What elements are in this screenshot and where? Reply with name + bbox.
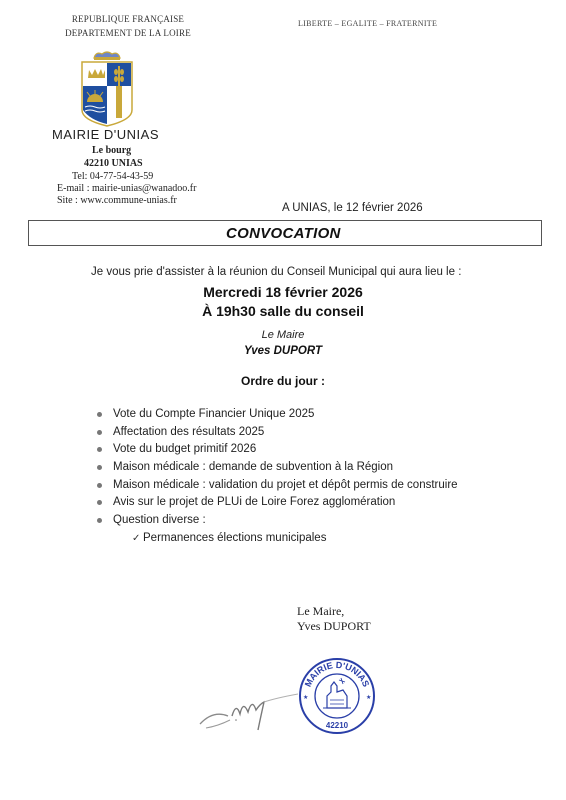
agenda-item: Vote du budget primitif 2026: [96, 441, 458, 459]
official-stamp-icon: MAIRIE D'UNIAS 42210 ★ ★: [297, 656, 377, 736]
agenda-subitem: ✓Permanences élections municipales: [96, 530, 458, 548]
checkmark-icon: ✓: [132, 530, 140, 548]
stamp-bottom-text: 42210: [326, 721, 349, 730]
coat-of-arms-icon: [80, 50, 134, 128]
bullet-icon: [97, 518, 102, 523]
agenda-item: Maison médicale : validation du projet e…: [96, 477, 458, 495]
header-departement: DEPARTEMENT DE LA LOIRE: [28, 28, 228, 38]
address-tel: Tel: 04-77-54-43-59: [72, 171, 153, 182]
agenda-item: Affectation des résultats 2025: [96, 424, 458, 442]
mairie-name: MAIRIE D'UNIAS: [52, 127, 159, 142]
closing-name: Yves DUPORT: [297, 619, 371, 634]
agenda-item: Maison médicale : demande de subvention …: [96, 459, 458, 477]
meeting-date: Mercredi 18 février 2026: [0, 284, 566, 300]
svg-text:★: ★: [366, 694, 371, 701]
agenda-item: Avis sur le projet de PLUi de Loire Fore…: [96, 494, 458, 512]
agenda-item: Question diverse :: [96, 512, 458, 530]
address-email[interactable]: E-mail : mairie-unias@wanadoo.fr: [57, 183, 196, 194]
agenda-list: Vote du Compte Financier Unique 2025 Aff…: [96, 406, 458, 548]
meeting-time-place: À 19h30 salle du conseil: [0, 303, 566, 319]
address-site[interactable]: Site : www.commune-unias.fr: [57, 195, 177, 206]
address-line2: 42210 UNIAS: [84, 158, 143, 169]
bullet-icon: [97, 500, 102, 505]
svg-text:★: ★: [303, 694, 308, 701]
letter-dateline: A UNIAS, le 12 février 2026: [282, 202, 423, 214]
bullet-icon: [97, 447, 102, 452]
header-republique: REPUBLIQUE FRANÇAISE: [28, 14, 228, 24]
closing-title: Le Maire,: [297, 604, 344, 619]
signer-title: Le Maire: [0, 329, 566, 341]
letter-intro: Je vous prie d'assister à la réunion du …: [91, 266, 461, 278]
agenda-title: Ordre du jour :: [0, 374, 566, 388]
bullet-icon: [97, 412, 102, 417]
bullet-icon: [97, 483, 102, 488]
bullet-icon: [97, 430, 102, 435]
header-motto: LIBERTE – EGALITE – FRATERNITE: [298, 19, 437, 28]
agenda-item: Vote du Compte Financier Unique 2025: [96, 406, 458, 424]
address-line1: Le bourg: [92, 145, 131, 156]
bullet-icon: [97, 465, 102, 470]
convocation-title: CONVOCATION: [226, 225, 341, 242]
handwritten-signature-icon: [198, 680, 298, 735]
signer-name: Yves DUPORT: [0, 345, 566, 357]
